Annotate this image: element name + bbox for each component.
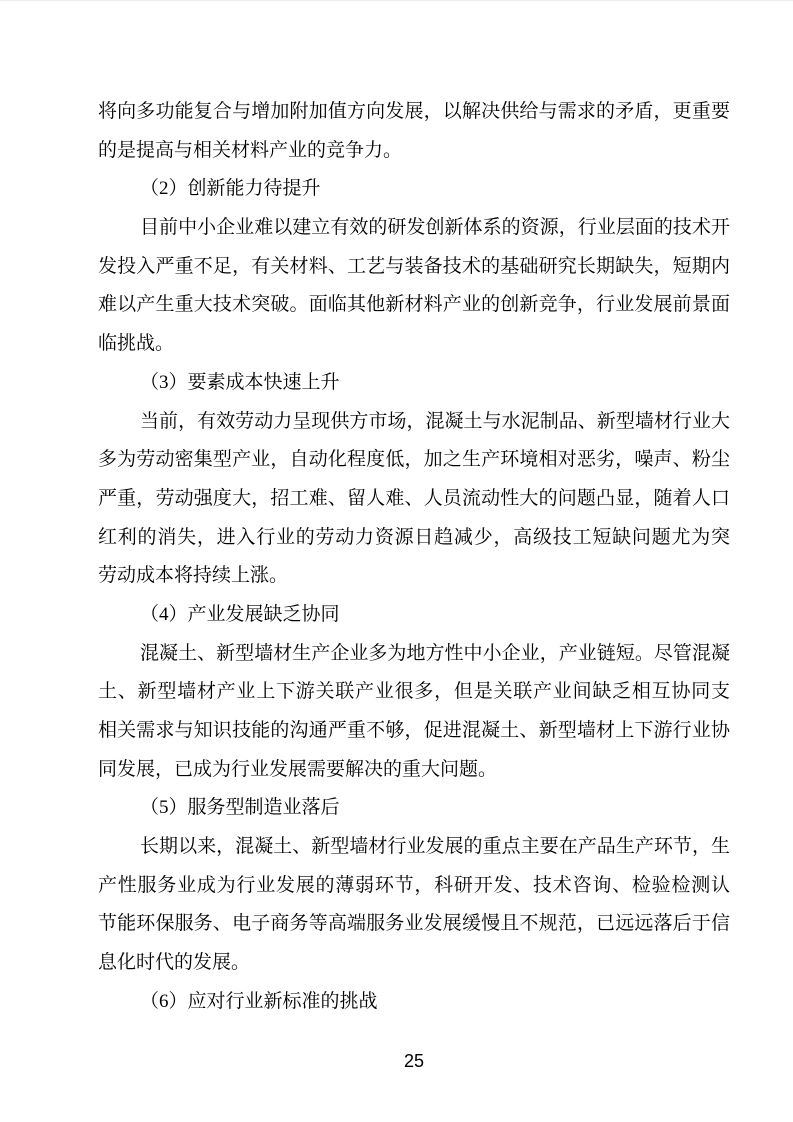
section-heading: （2）创新能力待提升: [98, 170, 730, 209]
text-line: 的是提高与相关材料产业的竞争力。: [98, 132, 730, 171]
section-heading: （6）应对行业新标准的挑战: [98, 983, 730, 1022]
document-text-body: 将向多功能复合与增加附加值方向发展，以解决供给与需求的矛盾，更重要的是提高与相关…: [98, 93, 730, 1022]
text-line: 同发展，已成为行业发展需要解决的重大问题。: [98, 751, 730, 790]
text-line: 长期以来，混凝土、新型墙材行业发展的重点主要在产品生产环节，生: [98, 828, 730, 867]
text-line: 息化时代的发展。: [98, 944, 730, 983]
text-line: 将向多功能复合与增加附加值方向发展，以解决供给与需求的矛盾，更重要: [98, 93, 730, 132]
section-heading: （5）服务型制造业落后: [98, 789, 730, 828]
text-line: 节能环保服务、电子商务等高端服务业发展缓慢且不规范，已远远落后于信: [98, 905, 730, 944]
text-line: 劳动成本将持续上涨。: [98, 557, 730, 596]
text-line: 难以产生重大技术突破。面临其他新材料产业的创新竞争，行业发展前景面: [98, 286, 730, 325]
section-heading: （4）产业发展缺乏协同: [98, 596, 730, 635]
text-line: 目前中小企业难以建立有效的研发创新体系的资源，行业层面的技术开: [98, 209, 730, 248]
text-line: 相关需求与知识技能的沟通严重不够，促进混凝土、新型墙材上下游行业协: [98, 712, 730, 751]
text-line: 混凝土、新型墙材生产企业多为地方性中小企业，产业链短。尽管混凝: [98, 635, 730, 674]
text-line: 多为劳动密集型产业，自动化程度低，加之生产环境相对恶劣，噪声、粉尘: [98, 441, 730, 480]
section-heading: （3）要素成本快速上升: [98, 364, 730, 403]
text-line: 产性服务业成为行业发展的薄弱环节，科研开发、技术咨询、检验检测认证、: [98, 867, 730, 906]
text-line: 发投入严重不足，有关材料、工艺与装备技术的基础研究长期缺失，短期内: [98, 248, 730, 287]
document-page: 将向多功能复合与增加附加值方向发展，以解决供给与需求的矛盾，更重要的是提高与相关…: [0, 0, 793, 1122]
page-footer: 25: [98, 1051, 730, 1072]
text-line: 红利的消失，进入行业的劳动力资源日趋减少，高级技工短缺问题尤为突出，: [98, 519, 730, 558]
text-line: 当前，有效劳动力呈现供方市场，混凝土与水泥制品、新型墙材行业大: [98, 403, 730, 442]
text-line: 土、新型墙材产业上下游关联产业很多，但是关联产业间缺乏相互协同支撑，: [98, 673, 730, 712]
text-line: 严重，劳动强度大，招工难、留人难、人员流动性大的问题凸显，随着人口: [98, 480, 730, 519]
page-number: 25: [404, 1051, 424, 1071]
text-line: 临挑战。: [98, 325, 730, 364]
